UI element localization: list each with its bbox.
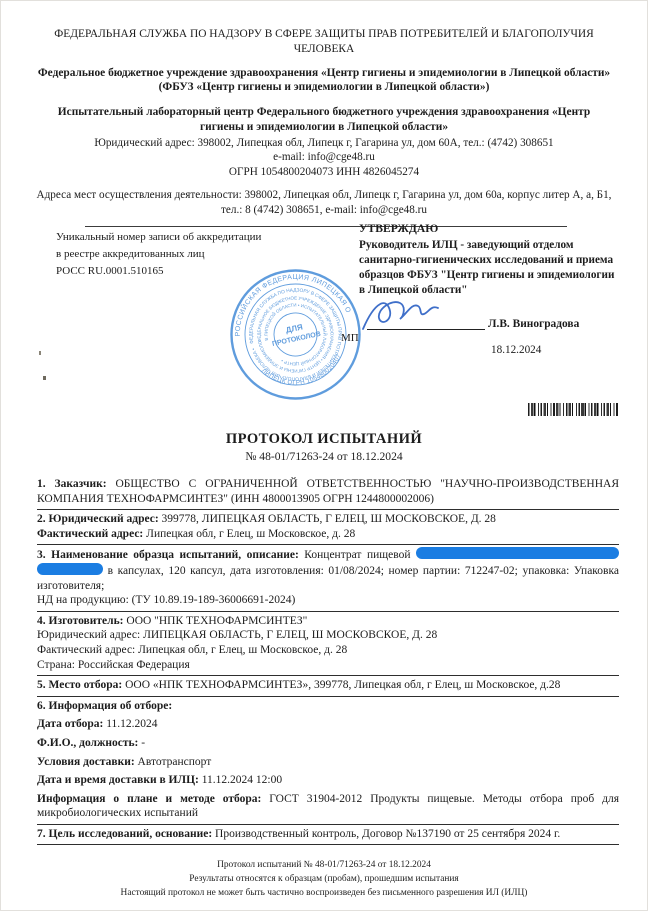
section-research-purpose: 7. Цель исследований, основание: Произво… xyxy=(37,825,619,846)
field-label: 7. Цель исследований, основание: xyxy=(37,828,212,840)
approver-position: Руководитель ИЛЦ - заведующий отделом са… xyxy=(359,238,622,297)
page-footer: Протокол испытаний № 48-01/71263-24 от 1… xyxy=(1,858,647,900)
field-label: Ф.И.О., должность: xyxy=(37,737,138,749)
footer-results-note: Результаты относятся к образцам (пробам)… xyxy=(1,872,647,886)
field-label: 1. Заказчик: xyxy=(37,478,107,490)
protocol-number: № 48-01/71263-24 от 18.12.2024 xyxy=(1,450,647,463)
field-value: 11.12.2024 12:00 xyxy=(202,774,282,786)
field-label: 6. Информация об отборе: xyxy=(37,700,172,712)
testing-lab-center-name: Испытательный лабораторный центр Федерал… xyxy=(44,105,604,135)
field-label: Фактический адрес: xyxy=(37,644,135,656)
field-value: Концентрат пищевой xyxy=(304,549,410,561)
accreditation-line-1: Уникальный номер записи об аккредитации xyxy=(56,229,286,246)
redacted-text xyxy=(37,563,103,575)
field-label: 5. Место отбора: xyxy=(37,679,122,691)
section-customer: 1. Заказчик: ОБЩЕСТВО С ОГРАНИЧЕННОЙ ОТВ… xyxy=(37,475,619,510)
field-label: 2. Юридический адрес: xyxy=(37,513,159,525)
field-label: 3. Наименование образца испытаний, описа… xyxy=(37,549,299,561)
signature-line xyxy=(367,329,485,330)
field-value: Российская Федерация xyxy=(78,659,190,671)
section-sampling-info: 6. Информация об отборе: Дата отбора: 11… xyxy=(37,697,619,825)
barcode xyxy=(528,403,619,416)
approval-block: УТВЕРЖДАЮ Руководитель ИЛЦ - заведующий … xyxy=(359,221,622,297)
field-label: Страна: xyxy=(37,659,75,671)
section-customer-address: 2. Юридический адрес: 399778, ЛИПЕЦКАЯ О… xyxy=(37,510,619,545)
field-value: - xyxy=(141,737,145,749)
scan-artifact xyxy=(43,376,46,380)
field-label: Дата и время доставки в ИЛЦ: xyxy=(37,774,199,786)
approval-date: 18.12.2024 xyxy=(491,344,541,356)
stamp-center-line1: ДЛЯ xyxy=(285,322,304,334)
field-value: Липецкая обл, г Елец, ш Московское, д. 2… xyxy=(138,644,347,656)
footer-copy-note: Настоящий протокол не может быть частичн… xyxy=(1,886,647,900)
scan-artifact xyxy=(39,351,41,355)
ogrn-inn: ОГРН 1054800204073 ИНН 4826045274 xyxy=(35,165,613,179)
legal-address: Юридический адрес: 398002, Липецкая обл,… xyxy=(35,136,613,150)
field-value: Липецкая обл, г Елец, ш Московское, д. 2… xyxy=(146,528,355,540)
accreditation-line-2: в реестре аккредитованных лиц xyxy=(56,246,286,263)
field-value: ООО "НПК ТЕХНОФАРМСИНТЕЗ" xyxy=(126,615,307,627)
field-value: Производственный контроль, Договор №1371… xyxy=(215,828,560,840)
section-manufacturer: 4. Изготовитель: ООО "НПК ТЕХНОФАРМСИНТЕ… xyxy=(37,612,619,676)
organization-name: Федеральное бюджетное учреждение здравоо… xyxy=(35,66,613,96)
footer-protocol-ref: Протокол испытаний № 48-01/71263-24 от 1… xyxy=(1,858,647,872)
field-value: 11.12.2024 xyxy=(106,718,157,730)
field-value: ЛИПЕЦКАЯ ОБЛАСТЬ, Г ЕЛЕЦ, Ш МОСКОВСКОЕ, … xyxy=(143,629,437,641)
page-title: ПРОТОКОЛ ИСПЫТАНИЙ xyxy=(1,431,647,448)
document-title-block: ПРОТОКОЛ ИСПЫТАНИЙ № 48-01/71263-24 от 1… xyxy=(1,431,647,463)
document-page: ФЕДЕРАЛЬНАЯ СЛУЖБА ПО НАДЗОРУ В СФЕРЕ ЗА… xyxy=(0,0,648,911)
field-value: ООО «НПК ТЕХНОФАРМСИНТЕЗ», 399778, Липец… xyxy=(125,679,560,691)
field-label: Фактический адрес: xyxy=(37,528,143,540)
letterhead: ФЕДЕРАЛЬНАЯ СЛУЖБА ПО НАДЗОРУ В СФЕРЕ ЗА… xyxy=(1,1,647,227)
nd-product: НД на продукцию: (ТУ 10.89.19-189-360066… xyxy=(37,593,619,608)
field-value: ОБЩЕСТВО С ОГРАНИЧЕННОЙ ОТВЕТСТВЕННОСТЬЮ… xyxy=(37,478,619,505)
field-value: 399778, ЛИПЕЦКАЯ ОБЛАСТЬ, Г ЕЛЕЦ, Ш МОСК… xyxy=(162,513,496,525)
field-label: Информация о плане и методе отбора: xyxy=(37,793,261,805)
activity-addresses: Адреса мест осуществления деятельности: … xyxy=(35,188,613,217)
section-sampling-place: 5. Место отбора: ООО «НПК ТЕХНОФАРМСИНТЕ… xyxy=(37,676,619,697)
field-label: Юридический адрес: xyxy=(37,629,140,641)
accreditation-block: Уникальный номер записи об аккредитации … xyxy=(56,229,286,280)
field-label: Условия доставки: xyxy=(37,756,135,768)
email: e-mail: info@cge48.ru xyxy=(35,150,613,164)
signer-name: Л.В. Виноградова xyxy=(488,318,579,330)
field-value: Автотранспорт xyxy=(138,756,212,768)
field-value: в капсулах, 120 капсул, дата изготовлени… xyxy=(37,565,619,592)
protocol-sections: 1. Заказчик: ОБЩЕСТВО С ОГРАНИЧЕННОЙ ОТВ… xyxy=(37,475,619,845)
approval-title: УТВЕРЖДАЮ xyxy=(359,221,622,236)
field-label: 4. Изготовитель: xyxy=(37,615,124,627)
field-label: Дата отбора: xyxy=(37,718,103,730)
federal-service-name: ФЕДЕРАЛЬНАЯ СЛУЖБА ПО НАДЗОРУ В СФЕРЕ ЗА… xyxy=(35,27,613,57)
mp-mark: МП xyxy=(341,332,359,344)
redacted-text xyxy=(416,547,619,559)
section-sample-description: 3. Наименование образца испытаний, описа… xyxy=(37,545,619,611)
